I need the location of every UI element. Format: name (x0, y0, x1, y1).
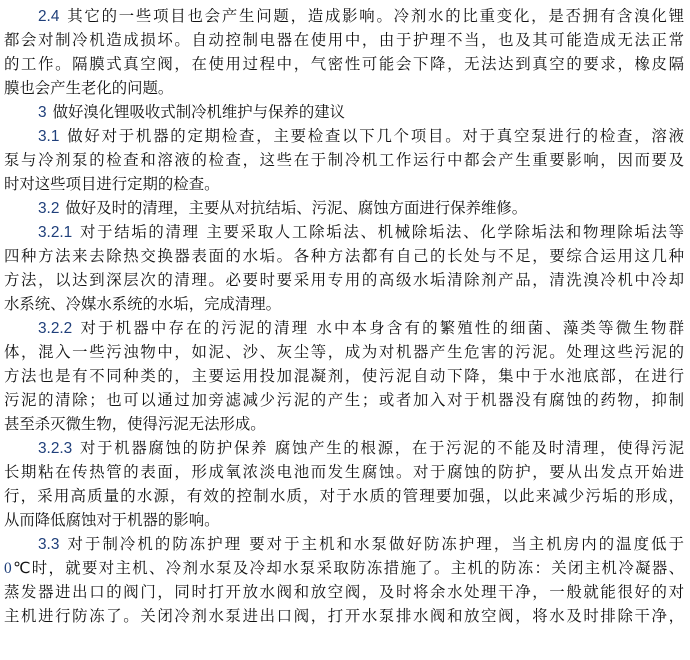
paragraph-2-4-line-2: 都会对制冷机造成损坏。自动控制电器在使用中，由于护理不当，也及其可能造成无法正常 (4, 28, 684, 52)
section-number: 3.2 (38, 200, 59, 217)
paragraph-3-2-3-line-1: 3.2.3对于机器腐蚀的防护保养 腐蚀产生的根源，在于污泥的不能及时清理，使得污… (4, 436, 684, 460)
paragraph-2-4-line-3: 的工作。隔膜式真空阀，在使用过程中，气密性可能会下降，无法达到真空的要求，橡皮隔 (4, 52, 684, 76)
paragraph-3-2-2-line-5: 甚至杀灭微生物，使得污泥无法形成。 (4, 412, 684, 436)
section-number: 3.2.2 (38, 320, 72, 337)
paragraph-3-2-3-line-3: 行，采用高质量的水源，有效的控制水质，对于水质的管理要加强，以此来减少污垢的形成… (4, 484, 684, 508)
section-number: 3.3 (38, 536, 59, 553)
paragraph-3-2-2-line-1: 3.2.2对于机器中存在的污泥的清理 水中本身含有的繁殖性的细菌、藻类等微生物群 (4, 316, 684, 340)
section-number: 2.4 (38, 8, 59, 25)
paragraph-3-2-2-line-2: 体，混入一些污浊物中，如泥、沙、灰尘等，成为对机器产生危害的污泥。处理这些污泥的 (4, 340, 684, 364)
section-number: 3.2.1 (38, 224, 72, 241)
section-number: 3.1 (38, 128, 59, 145)
paragraph-2-4-line-4: 膜也会产生老化的问题。 (4, 76, 684, 100)
section-number: 3 (38, 104, 47, 121)
paragraph-3-3-line-1: 3.3对于制冷机的防冻护理 要对于主机和水泵做好防冻护理，当主机房内的温度低于 (4, 532, 684, 556)
paragraph-3-3-line-4: 主机进行防冻了。关闭冷剂水泵进出口阀，打开水泵排水阀和放空阀，将水及时排除干净， (4, 604, 684, 628)
section-number: 3.2.3 (38, 440, 72, 457)
paragraph-2-4-line-1: 2.4其它的一些项目也会产生问题，造成影响。冷剂水的比重变化，是否拥有含溴化锂 (4, 4, 684, 28)
document-page: 2.4其它的一些项目也会产生问题，造成影响。冷剂水的比重变化，是否拥有含溴化锂 … (0, 0, 690, 660)
paragraph-3-2-1-line-4: 水系统、冷媒水系统的水垢，完成清理。 (4, 292, 684, 316)
paragraph-3-2-3-line-2: 长期粘在传热管的表面，形成氧浓淡电池而发生腐蚀。对于腐蚀的防护，要从出发点开始进 (4, 460, 684, 484)
section-3-heading: 3做好溴化锂吸收式制冷机维护与保养的建议 (4, 100, 684, 124)
paragraph-3-3-line-3: 蒸发器进出口的阀门，同时打开放水阀和放空阀，及时将余水处理干净，一般就能很好的对 (4, 580, 684, 604)
paragraph-3-2-1-line-2: 四种方法来去除热交换器表面的水垢。各种方法都有自己的长处与不足，要综合运用这几种 (4, 244, 684, 268)
paragraph-3-2-line-1: 3.2做好及时的清理，主要从对抗结垢、污泥、腐蚀方面进行保养维修。 (4, 196, 684, 220)
temperature-value: 0 (4, 560, 12, 577)
paragraph-3-1-line-2: 泵与冷剂泵的检查和溶液的检查，这些在于制冷机工作运行中都会产生重要影响，因而要及 (4, 148, 684, 172)
paragraph-3-3-line-2: 0℃时，就要对主机、冷剂水泵及冷却水泵采取防冻措施了。主机的防冻：关闭主机冷凝器… (4, 556, 684, 580)
paragraph-3-2-1-line-1: 3.2.1对于结垢的清理 主要采取人工除垢法、机械除垢法、化学除垢法和物理除垢法… (4, 220, 684, 244)
paragraph-3-2-1-line-3: 方法，以达到深层次的清理。必要时要采用专用的高级水垢清除剂产品，清洗溴冷机中冷却 (4, 268, 684, 292)
paragraph-3-1-line-3: 时对这些项目进行定期的检查。 (4, 172, 684, 196)
paragraph-3-1-line-1: 3.1做好对于机器的定期检查，主要检查以下几个项目。对于真空泵进行的检查，溶液 (4, 124, 684, 148)
paragraph-3-2-2-line-3: 方法也是有不同种类的，主要运用投加混凝剂，使污泥自动下降，集中于水池底部，在进行 (4, 364, 684, 388)
paragraph-3-2-3-line-4: 从而降低腐蚀对于机器的影响。 (4, 508, 684, 532)
paragraph-3-2-2-line-4: 污泥的清除；也可以通过加旁滤减少污泥的产生；或者加入对于机器没有腐蚀的药物，抑制 (4, 388, 684, 412)
